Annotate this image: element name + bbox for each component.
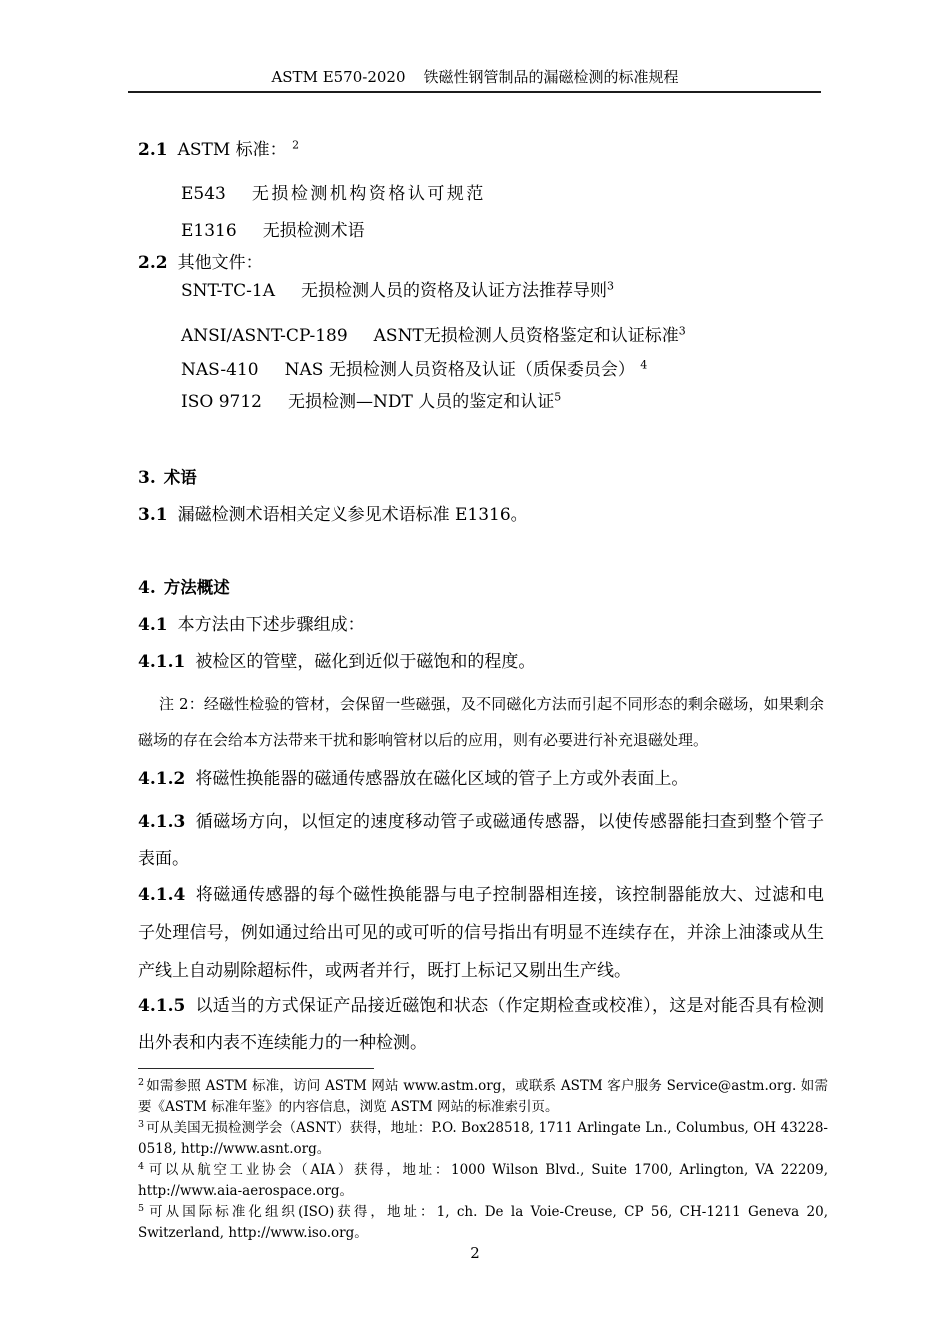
footnote-marker: 3	[138, 1119, 144, 1130]
header-standard-title: 铁磁性钢管制品的漏磁检测的标准规程	[424, 68, 679, 86]
footnote-marker-5: 5	[554, 390, 561, 403]
heading-title: 方法概述	[164, 578, 230, 597]
footnote-5: 5可从国际标准化组织(ISO)获得，地址：1, ch. De la Voie-C…	[138, 1202, 828, 1244]
footnote-marker-3: 3	[679, 324, 686, 337]
note-label: 注 2：	[159, 695, 204, 713]
footnote-text: 可从国际标准化组织(ISO)获得，地址：1, ch. De la Voie-Cr…	[138, 1204, 828, 1241]
note-text: 经磁性检验的管材，会保留一些磁强，及不同磁化方法而引起不同形态的剩余磁场，如果剩…	[138, 695, 824, 749]
note-2: 注 2：经磁性检验的管材，会保留一些磁强，及不同磁化方法而引起不同形态的剩余磁场…	[138, 686, 824, 758]
paragraph-4-1-2: 4.1.2将磁性换能器的磁通传感器放在磁化区域的管子上方或外表面上。	[138, 767, 824, 791]
reference-code: SNT-TC-1A	[181, 281, 275, 301]
paragraph-number: 3.1	[138, 505, 168, 525]
reference-item-nas-410: NAS-410NAS 无损检测人员资格及认证（质保委员会） 4	[181, 358, 824, 382]
paragraph-4-1-4: 4.1.4将磁通传感器的每个磁性换能器与电子控制器相连接，该控制器能放大、过滤和…	[138, 876, 824, 990]
reference-code: E1316	[181, 221, 237, 241]
reference-title: ASNT无损检测人员资格鉴定和认证标准	[374, 326, 679, 346]
footnote-3: 3可从美国无损检测学会（ASNT）获得，地址：P.O. Box28518, 17…	[138, 1118, 828, 1160]
footnote-separator-rule	[138, 1068, 374, 1069]
reference-code: E543	[181, 184, 226, 204]
reference-title: NAS 无损检测人员资格及认证（质保委员会）	[285, 360, 635, 380]
paragraph-number: 4.1.5	[138, 996, 185, 1016]
paragraph-number: 4.1.3	[138, 812, 185, 832]
paragraph-text: 循磁场方向，以恒定的速度移动管子或磁通传感器，以使传感器能扫查到整个管子表面。	[138, 812, 824, 869]
paragraph-4-1-3: 4.1.3循磁场方向，以恒定的速度移动管子或磁通传感器，以使传感器能扫查到整个管…	[138, 804, 824, 878]
heading-title: 术语	[164, 468, 197, 487]
reference-title: 无损检测机构资格认可规范	[252, 184, 486, 204]
page-number: 2	[0, 1244, 950, 1262]
section-label: 其他文件：	[178, 253, 263, 273]
section-2-1: 2.1ASTM 标准： 2	[138, 138, 824, 162]
reference-code: NAS-410	[181, 360, 259, 380]
paragraph-4-1-5: 4.1.5以适当的方式保证产品接近磁饱和状态（作定期检查或校准），这是对能否具有…	[138, 988, 824, 1062]
reference-item-snt-tc-1a: SNT-TC-1A无损检测人员的资格及认证方法推荐导则3	[181, 279, 824, 303]
heading-number: 4.	[138, 578, 156, 598]
footnote-text: 可从美国无损检测学会（ASNT）获得，地址：P.O. Box28518, 171…	[138, 1120, 828, 1157]
heading-number: 3.	[138, 468, 156, 488]
paragraph-text: 将磁通传感器的每个磁性换能器与电子控制器相连接，该控制器能放大、过滤和电子处理信…	[138, 885, 824, 981]
section-number: 2.2	[138, 253, 168, 273]
section-2-2: 2.2其他文件：	[138, 251, 824, 275]
reference-item-e543: E543无损检测机构资格认可规范	[181, 182, 824, 206]
paragraph-number: 4.1.1	[138, 652, 185, 672]
paragraph-4-1-1: 4.1.1被检区的管壁，磁化到近似于磁饱和的程度。	[138, 650, 824, 674]
paragraph-text: 被检区的管壁，磁化到近似于磁饱和的程度。	[195, 652, 535, 672]
header-standard-code: ASTM E570-2020	[271, 68, 405, 86]
paragraph-4-1: 4.1本方法由下述步骤组成：	[138, 613, 824, 637]
paragraph-text: 将磁性换能器的磁通传感器放在磁化区域的管子上方或外表面上。	[195, 769, 688, 789]
section-number: 2.1	[138, 140, 168, 160]
document-page: ASTM E570-2020铁磁性钢管制品的漏磁检测的标准规程 2.1ASTM …	[0, 0, 950, 1344]
heading-4-method-summary: 4.方法概述	[138, 576, 824, 600]
reference-item-iso-9712: ISO 9712无损检测—NDT 人员的鉴定和认证5	[181, 390, 824, 414]
paragraph-text: 漏磁检测术语相关定义参见术语标准 E1316。	[178, 505, 528, 525]
footnote-4: 4可以从航空工业协会（AIA）获得，地址：1000 Wilson Blvd., …	[138, 1160, 828, 1202]
reference-title: 无损检测—NDT 人员的鉴定和认证	[288, 392, 554, 412]
footnote-marker-2: 2	[292, 138, 299, 151]
footnote-marker: 5	[138, 1203, 144, 1214]
paragraph-number: 4.1.4	[138, 885, 185, 905]
reference-title: 无损检测人员的资格及认证方法推荐导则	[301, 281, 607, 301]
footnotes-block: 2如需参照 ASTM 标准，访问 ASTM 网站 www.astm.org，或联…	[138, 1076, 828, 1244]
footnote-marker-3: 3	[607, 279, 614, 292]
paragraph-number: 4.1.2	[138, 769, 185, 789]
paragraph-3-1: 3.1漏磁检测术语相关定义参见术语标准 E1316。	[138, 503, 824, 527]
heading-3-terminology: 3.术语	[138, 466, 824, 490]
footnote-text: 可以从航空工业协会（AIA）获得，地址：1000 Wilson Blvd., S…	[138, 1162, 828, 1199]
section-label: ASTM 标准：	[178, 140, 287, 160]
reference-code: ANSI/ASNT-CP-189	[181, 326, 348, 346]
reference-code: ISO 9712	[181, 392, 262, 412]
reference-item-e1316: E1316无损检测术语	[181, 219, 824, 243]
footnote-marker: 2	[138, 1077, 144, 1088]
reference-item-ansi-asnt-cp-189: ANSI/ASNT-CP-189ASNT无损检测人员资格鉴定和认证标准3	[181, 324, 824, 348]
footnote-text: 如需参照 ASTM 标准，访问 ASTM 网站 www.astm.org，或联系…	[138, 1078, 828, 1115]
footnote-marker-4: 4	[640, 358, 647, 371]
header-rule	[128, 91, 821, 93]
paragraph-number: 4.1	[138, 615, 168, 635]
footnote-marker: 4	[138, 1161, 144, 1172]
footnote-2: 2如需参照 ASTM 标准，访问 ASTM 网站 www.astm.org，或联…	[138, 1076, 828, 1118]
paragraph-text: 以适当的方式保证产品接近磁饱和状态（作定期检查或校准），这是对能否具有检测出外表…	[138, 996, 824, 1053]
paragraph-text: 本方法由下述步骤组成：	[178, 615, 365, 635]
reference-title: 无损检测术语	[263, 221, 365, 241]
page-header: ASTM E570-2020铁磁性钢管制品的漏磁检测的标准规程	[130, 66, 820, 87]
